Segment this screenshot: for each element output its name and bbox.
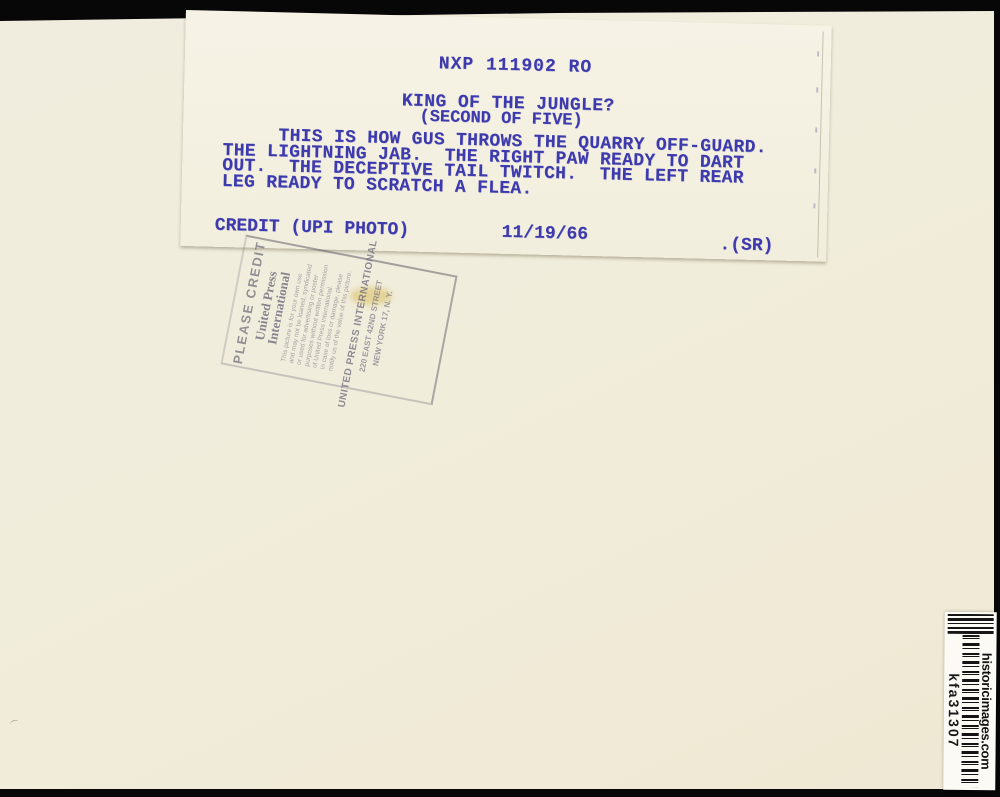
fold-mark — [815, 127, 817, 132]
date-stamp: 11/19/66 — [501, 223, 588, 245]
editor-initials: .(SR) — [719, 235, 773, 256]
fold-crease — [817, 32, 824, 258]
serial-number: NXP 111902 RO — [439, 54, 593, 78]
sticker-site-text: historicimages.com — [978, 635, 994, 787]
barcode-sticker: historicimages.com kfa31307 — [943, 612, 997, 790]
fold-mark — [813, 203, 815, 208]
caption-subtitle: (SECOND OF FIVE) — [419, 108, 583, 131]
barcode-icon — [948, 614, 994, 634]
pencil-mark — [9, 719, 19, 727]
caption-slip: NXP 111902 RO KING OF THE JUNGLE? (SECON… — [180, 10, 832, 262]
barcode-icon — [961, 635, 979, 787]
photo-back-scan: NXP 111902 RO KING OF THE JUNGLE? (SECON… — [0, 0, 1000, 797]
caption-body: THIS IS HOW GUS THROWS THE QUARRY OFF-GU… — [222, 128, 767, 204]
credit-line: CREDIT (UPI PHOTO) — [214, 216, 409, 241]
fold-mark — [817, 51, 819, 56]
barcode-content: historicimages.com kfa31307 — [943, 635, 996, 787]
fold-mark — [814, 168, 816, 173]
fold-mark — [816, 87, 818, 92]
sticker-code-text: kfa31307 — [945, 635, 962, 787]
